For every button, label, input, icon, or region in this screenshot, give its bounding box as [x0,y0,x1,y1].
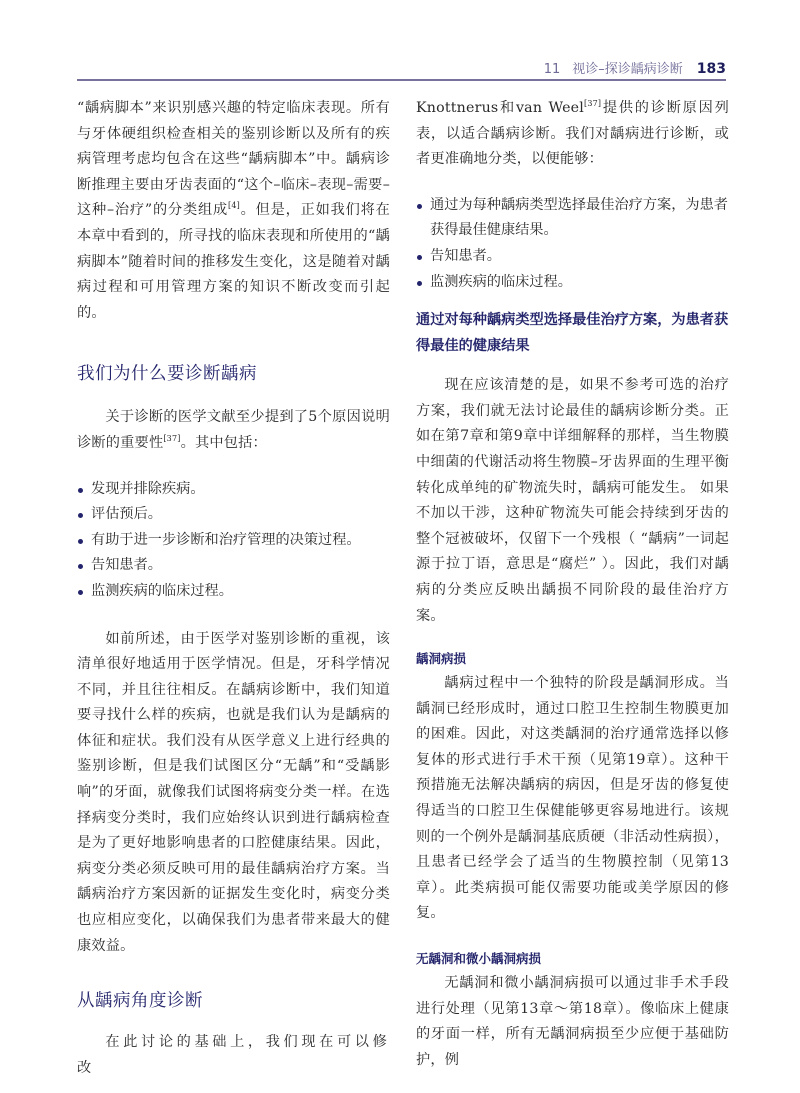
subsection-heading-best-treatment: 通过对每种龋病类型选择最佳治疗方案，为患者获得最佳的健康结果 [416,307,729,359]
bullet-icon [78,513,83,518]
list-item: 告知患者。 [77,553,390,579]
list-item: 发现并排除疾病。 [77,477,390,503]
section-paragraph: 如前所述，由于医学对鉴别诊断的重视，该清单很好地适用于医学情况。但是，牙科学情况… [77,627,390,960]
section-paragraph: 无龋洞和微小龋洞病损可以通过非手术手段进行处理（见第13章～第18章）。像临床上… [416,971,729,1073]
chapter-title: 视诊–探诊龋病诊断 [572,62,683,77]
citation: [37] [584,99,601,108]
list-item: 有助于进一步诊断和治疗管理的决策过程。 [77,528,390,554]
citation: [4] [228,201,240,210]
reasons-list: 发现并排除疾病。 评估预后。 有助于进一步诊断和治疗管理的决策过程。 告知患者。… [77,477,390,605]
list-item-text: 评估预后。 [91,506,162,522]
bullet-icon [417,255,422,260]
list-item-text: 监测疾病的临床过程。 [430,274,572,290]
bullet-icon [417,281,422,286]
left-column: “龋病脚本”来识别感兴趣的特定临床表现。所有与牙体硬组织检查相关的鉴别诊断以及所… [77,96,390,1081]
intro-paragraph: “龋病脚本”来识别感兴趣的特定临床表现。所有与牙体硬组织检查相关的鉴别诊断以及所… [77,96,390,326]
chapter-number: 11 [544,62,561,77]
section-paragraph: 现在应该清楚的是，如果不参考可选的治疗方案，我们就无法讨论最佳的龋病诊断分类。正… [416,373,729,629]
citation: [37] [163,434,180,443]
intro-paragraph: Knottnerus和van Weel[37]提供的诊断原因列表，以适合龋病诊断… [416,96,729,173]
paragraph-text: Knottnerus和van Weel [416,100,584,116]
list-item-text: 监测疾病的临床过程。 [91,583,233,599]
list-item-text: 发现并排除疾病。 [91,481,205,497]
list-item: 通过为每种龋病类型选择最佳治疗方案，为患者获得最佳健康结果。 [416,193,729,244]
right-column: Knottnerus和van Weel[37]提供的诊断原因列表，以适合龋病诊断… [416,96,729,1073]
paragraph-text: 。但是，正如我们将在本章中看到的，所寻找的临床表现和所使用的“龋病脚本”随着时间… [77,202,390,320]
list-item-text: 有助于进一步诊断和治疗管理的决策过程。 [91,532,361,548]
list-item: 监测疾病的临床过程。 [77,579,390,605]
list-item-text: 告知患者。 [430,248,501,264]
minor-heading-cavitated-lesions: 龋洞病损 [416,649,729,669]
bullet-icon [78,488,83,493]
purposes-list: 通过为每种龋病类型选择最佳治疗方案，为患者获得最佳健康结果。 告知患者。 监测疾… [416,193,729,295]
bullet-icon [78,590,83,595]
running-head: 11视诊–探诊龋病诊断183 [77,58,726,78]
section-paragraph: 关于诊断的医学文献至少提到了5个原因说明诊断的重要性[37]。其中包括： [77,405,390,456]
list-item: 告知患者。 [416,244,729,270]
section-paragraph: 在此讨论的基础上，我们现在可以修改 [77,1030,390,1081]
header-rule [77,79,726,81]
minor-heading-noncavitated-lesions: 无龋洞和微小龋洞病损 [416,949,729,969]
section-heading-caries-diagnosis: 从龋病角度诊断 [77,987,390,1012]
bullet-icon [417,204,422,209]
section-heading-why-diagnose: 我们为什么要诊断龋病 [77,360,390,385]
bullet-icon [78,564,83,569]
page-number: 183 [697,61,726,77]
list-item: 监测疾病的临床过程。 [416,270,729,296]
bullet-icon [78,539,83,544]
list-item-text: 告知患者。 [91,557,162,573]
list-item: 评估预后。 [77,502,390,528]
section-paragraph: 龋病过程中一个独特的阶段是龋洞形成。当龋洞已经形成时，通过口腔卫生控制生物膜更加… [416,671,729,927]
list-item-text: 通过为每种龋病类型选择最佳治疗方案，为患者获得最佳健康结果。 [430,197,728,239]
paragraph-text: 。其中包括： [181,435,267,451]
